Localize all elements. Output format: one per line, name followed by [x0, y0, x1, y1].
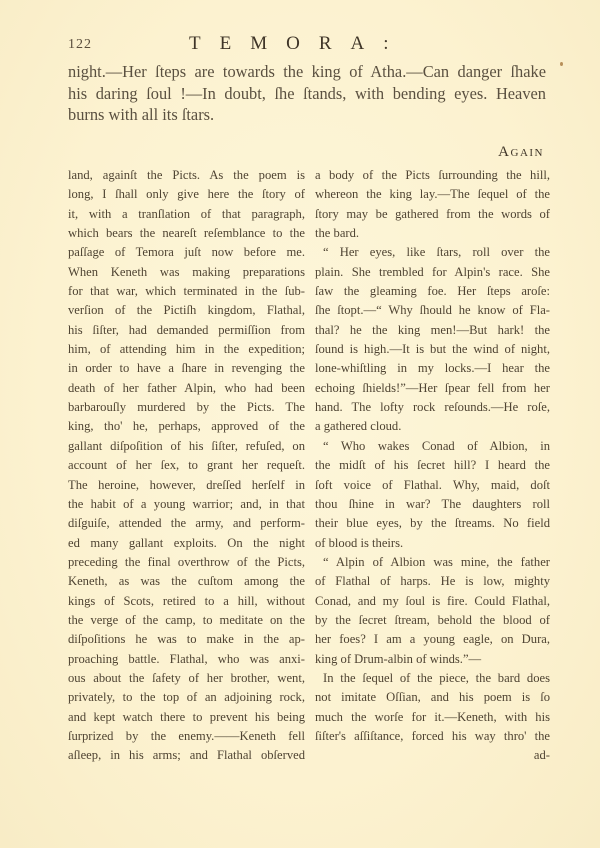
text-line: the midſt of his ſecret hill? I heard th…	[315, 456, 550, 475]
text-line: plain. She trembled for Alpin's race. Sh…	[315, 263, 550, 282]
text-line: king of Drum-albin of winds.”—	[315, 650, 550, 669]
text-line: privately, to the top of an adjoining ro…	[68, 688, 305, 707]
text-line: lone-whiſtling in my locks.—I hear the	[315, 359, 550, 378]
text-line: death of her father Alpin, who had been	[68, 379, 305, 398]
text-line: barbarouſly murdered by the Picts. The	[68, 398, 305, 417]
page-number: 122	[68, 37, 92, 53]
catchword: Again	[498, 144, 544, 161]
text-line: their blue eyes, by the ſtreams. No fiel…	[315, 514, 550, 533]
text-line: Keneth, as was the cuſtom among the	[68, 572, 305, 591]
text-line: paſſage of Temora juſt now before me.	[68, 243, 305, 262]
text-line: night.—Her ſteps are towards the king of…	[68, 61, 546, 83]
text-line: her foes? I am a young eagle, on Dura,	[315, 630, 550, 649]
running-head: 122 TEMORA:	[68, 33, 548, 55]
left-column: land, againſt the Picts. As the poem is …	[68, 166, 305, 766]
text-line: account of her ſex, to grant her requeſt…	[68, 456, 305, 475]
book-page: 122 TEMORA: night.—Her ſteps are towards…	[0, 0, 600, 848]
text-line: his daring ſoul !—In doubt, ſhe ſtands, …	[68, 83, 546, 105]
text-line: Conad, and my ſoul is fire. Could Flatha…	[315, 592, 550, 611]
text-line: “ Alpin of Albion was mine, the father	[315, 553, 550, 572]
text-line: verſion of the Pictiſh kingdom, Flathal,	[68, 301, 305, 320]
text-line: ſoft voice of Flathal. Why, maid, doſt	[315, 476, 550, 495]
text-line: burns with all its ſtars.	[68, 104, 546, 126]
text-line: ous about the ſafety of her brother, wen…	[68, 669, 305, 688]
text-line: in order to have a ſhare in revenging th…	[68, 359, 305, 378]
text-line: ſaw the gleaming foe. Her ſteps aroſe:	[315, 282, 550, 301]
text-line: diſguiſe, attended the army, and perform…	[68, 514, 305, 533]
text-line: of Flathal of harps. He is low, mighty	[315, 572, 550, 591]
text-line: his ſiſter, had demanded permiſſion from	[68, 321, 305, 340]
text-line: When Keneth was making preparations	[68, 263, 305, 282]
text-line: whereon the king lay.—The ſequel of the	[315, 185, 550, 204]
text-line: thal? he the king men!—But hark! the	[315, 321, 550, 340]
text-line: aſleep, in his arms; and Flathal obſerve…	[68, 746, 305, 765]
text-line: king, tho' he, perhaps, approved of the	[68, 417, 305, 436]
text-line: ſiſter's aſſiſtance, forced his way thro…	[315, 727, 550, 746]
right-column: a body of the Picts ſurrounding the hill…	[315, 166, 550, 766]
text-line: the bard.	[315, 224, 550, 243]
catchword-bottom: ad-	[315, 746, 550, 765]
text-line: preceding the final overthrow of the Pic…	[68, 553, 305, 572]
text-line: land, againſt the Picts. As the poem is	[68, 166, 305, 185]
text-line: for that war, which terminated in the ſu…	[68, 282, 305, 301]
text-line: long, I ſhall only give here the ſtory o…	[68, 185, 305, 204]
text-line: by the ſecret ſtream, behold the blood o…	[315, 611, 550, 630]
paper-speck	[560, 62, 563, 66]
text-line: The heroine, however, dreſſed herſelf in	[68, 476, 305, 495]
text-line: thou ſhine in war? The daughters roll	[315, 495, 550, 514]
text-line: not imitate Oſſian, and his poem is ſo	[315, 688, 550, 707]
text-line: “ Her eyes, like ſtars, roll over the	[315, 243, 550, 262]
text-line: “ Who wakes Conad of Albion, in	[315, 437, 550, 456]
text-line: ſurprized by the enemy.——Keneth fell	[68, 727, 305, 746]
text-line: ſhe ſtopt.—“ Why ſhould he know of Fla-	[315, 301, 550, 320]
text-line: kings of Scots, retired to a hill, witho…	[68, 592, 305, 611]
lead-paragraph: night.—Her ſteps are towards the king of…	[68, 61, 546, 126]
text-line: diſpoſitions he was to make in the ap-	[68, 630, 305, 649]
text-line: echoing ſhields!”—Her ſpear fell from he…	[315, 379, 550, 398]
text-line: much the worſe for it.—Keneth, with his	[315, 708, 550, 727]
text-line: hand. The lofty rock reſounds.—He roſe,	[315, 398, 550, 417]
text-line: ſound is high.—It is but the wind of nig…	[315, 340, 550, 359]
text-line: In the ſequel of the piece, the bard doe…	[315, 669, 550, 688]
text-line: and kept watch there to prevent his bein…	[68, 708, 305, 727]
text-line: ſtory may be gathered from the words of	[315, 205, 550, 224]
text-line: a gathered cloud.	[315, 417, 550, 436]
running-title: TEMORA:	[189, 33, 408, 55]
text-line: a body of the Picts ſurrounding the hill…	[315, 166, 550, 185]
text-line: the habit of a young warrior; and, in th…	[68, 495, 305, 514]
text-line: him, of attending him in the expedition;	[68, 340, 305, 359]
text-line: proaching battle. Flathal, who was anxi-	[68, 650, 305, 669]
text-line: ed many gallant exploits. On the night	[68, 534, 305, 553]
text-line: of blood is theirs.	[315, 534, 550, 553]
text-line: which bears the neareſt reſemblance to t…	[68, 224, 305, 243]
text-line: the verge of the camp, to meditate on th…	[68, 611, 305, 630]
text-line: it, with a tranſlation of that paragraph…	[68, 205, 305, 224]
text-line: gallant diſpoſition of his ſiſter, refuſ…	[68, 437, 305, 456]
